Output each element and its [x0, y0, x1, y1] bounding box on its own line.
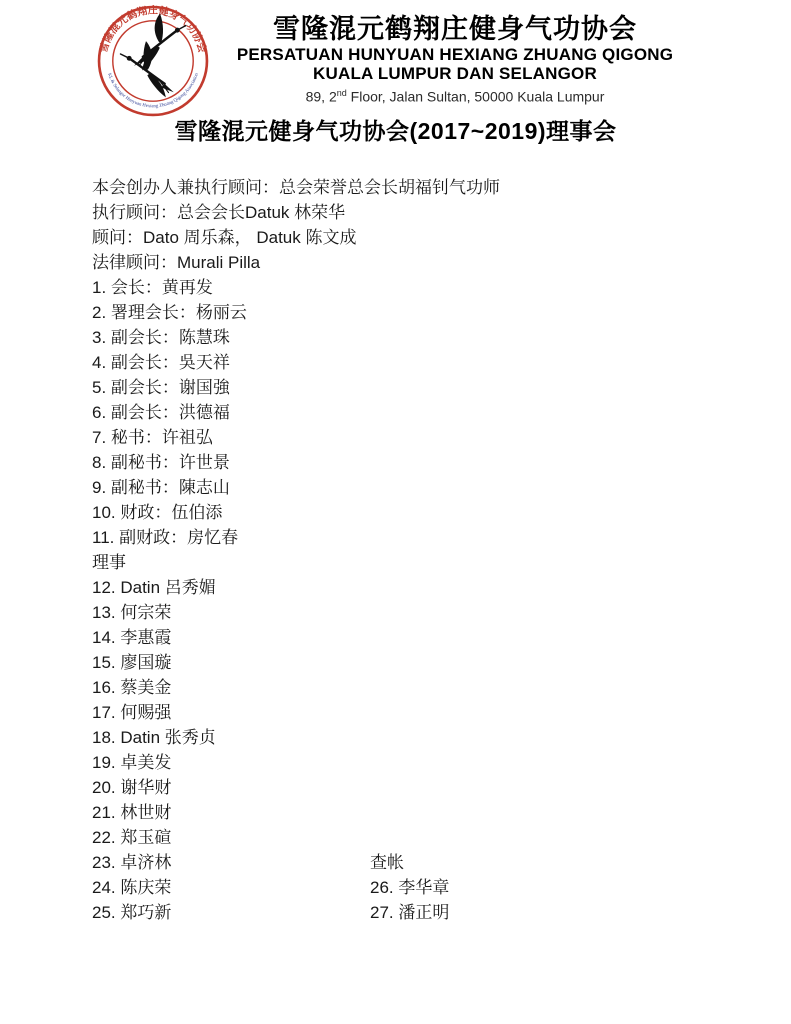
committee-line: 6. 副会长：洪德福 — [92, 400, 752, 425]
org-name-english-line1: PERSATUAN HUNYUAN HEXIANG ZHUANG QIGONG — [205, 45, 705, 64]
committee-line: 2. 署理会长：杨丽云 — [92, 300, 752, 325]
letterhead: 雪隆混元鹤翔庄健身气功协会 PERSATUAN HUNYUAN HEXIANG … — [205, 13, 705, 105]
committee-line: 1. 会长：黄再发 — [92, 275, 752, 300]
committee-line: 7. 秘书：许祖弘 — [92, 425, 752, 450]
document-title: 雪隆混元健身气功协会(2017~2019)理事会 — [0, 116, 791, 146]
council-member-line: 15. 廖国璇 — [92, 650, 752, 675]
committee-list: 本会创办人兼执行顾问：总会荣誉总会长胡福钊气功师 执行顾问：总会会长Datuk … — [92, 175, 752, 925]
council-member-line: 12. Datin 呂秀媚 — [92, 575, 752, 600]
org-name-english-line2: KUALA LUMPUR DAN SELANGOR — [205, 64, 705, 83]
document-page: 雪隆混元鹤翔庄健身气功协会 KL & Selangor Hunyuan Hexi… — [0, 0, 791, 1024]
committee-line: 8. 副秘书：许世景 — [92, 450, 752, 475]
audit-member-line: 27. 潘正明 — [370, 900, 449, 925]
advisor-line: 执行顾问：总会会长Datuk 林荣华 — [92, 200, 752, 225]
council-member-line: 24. 陈庆荣 26. 李华章 — [92, 875, 752, 900]
org-name-chinese: 雪隆混元鹤翔庄健身气功协会 — [205, 13, 705, 45]
council-member-line: 13. 何宗荣 — [92, 600, 752, 625]
committee-line: 3. 副会长：陈慧珠 — [92, 325, 752, 350]
org-address: 89, 2nd Floor, Jalan Sultan, 50000 Kuala… — [205, 88, 705, 105]
council-member-line: 16. 蔡美金 — [92, 675, 752, 700]
committee-line: 4. 副会长：吳天祥 — [92, 350, 752, 375]
committee-line: 5. 副会长：谢国強 — [92, 375, 752, 400]
ordinal-superscript: nd — [337, 88, 347, 98]
logo-inner-ring — [113, 21, 193, 101]
council-member-line: 17. 何赐强 — [92, 700, 752, 725]
council-member-line: 14. 李惠霞 — [92, 625, 752, 650]
committee-line: 9. 副秘书：陳志山 — [92, 475, 752, 500]
association-logo: 雪隆混元鹤翔庄健身气功协会 KL & Selangor Hunyuan Hexi… — [97, 5, 209, 117]
council-member-line: 25. 郑巧新 27. 潘正明 — [92, 900, 752, 925]
council-member-line: 20. 谢华财 — [92, 775, 752, 800]
committee-line: 11. 副财政：房忆春 — [92, 525, 752, 550]
advisor-line: 法律顾问：Murali Pilla — [92, 250, 752, 275]
audit-member-line: 26. 李华章 — [370, 875, 449, 900]
advisor-line: 本会创办人兼执行顾问：总会荣誉总会长胡福钊气功师 — [92, 175, 752, 200]
council-member-line: 19. 卓美发 — [92, 750, 752, 775]
committee-line: 10. 财政：伍伯添 — [92, 500, 752, 525]
council-member-line: 18. Datin 张秀贞 — [92, 725, 752, 750]
council-member-line: 23. 卓济林 查帐 — [92, 850, 752, 875]
council-member-line: 21. 林世财 — [92, 800, 752, 825]
advisor-line: 顾问：Dato 周乐森， Datuk 陈文成 — [92, 225, 752, 250]
council-section-label: 理事 — [92, 550, 752, 575]
audit-section-label: 查帐 — [370, 850, 404, 875]
council-member-line: 22. 郑玉碹 — [92, 825, 752, 850]
